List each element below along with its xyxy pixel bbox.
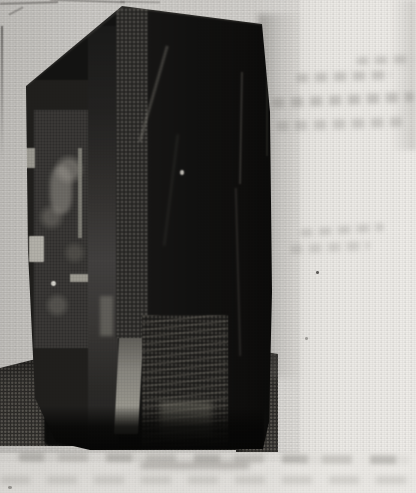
- pc-tower-case: [20, 2, 278, 454]
- bezel-highlight: [100, 296, 113, 336]
- panel-seam-highlight: [235, 188, 241, 356]
- scanned-page: [0, 0, 416, 493]
- internal-cable-highlight: [78, 148, 82, 238]
- pc-tower-photo: [0, 0, 416, 493]
- bleed-text-smudge: [140, 462, 250, 469]
- panel-seam-highlight: [239, 72, 243, 184]
- front-bezel-strip: [88, 26, 118, 452]
- panel-reflection-streak: [163, 134, 179, 245]
- internal-bright-part: [29, 236, 44, 262]
- front-mesh-column: [116, 8, 150, 338]
- tower-internal-components: [34, 110, 92, 348]
- internal-bright-part: [50, 166, 72, 214]
- bleed-text-smudge: [0, 476, 416, 484]
- internal-bright-part: [24, 148, 35, 168]
- internal-bright-part: [70, 274, 90, 282]
- internal-led-dot: [51, 281, 56, 286]
- panel-bright-speck: [180, 170, 184, 175]
- ink-speck: [8, 486, 12, 489]
